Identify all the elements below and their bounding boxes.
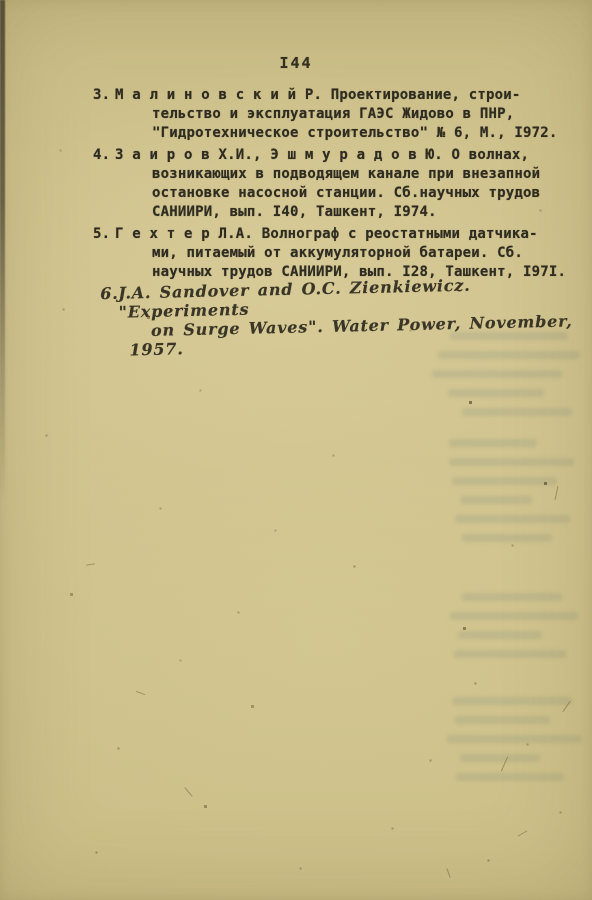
entry-number: 6. <box>100 284 119 303</box>
paper-fiber <box>86 563 95 566</box>
entry-number: 5. <box>93 225 110 244</box>
paper-fiber <box>562 701 570 712</box>
bibliography-entry-6-handwritten: 6. J.A. Sandover and O.C. Zienkiewicz. "… <box>0 273 592 362</box>
entry-line: Г е х т е р Л.А. Волнограф с реостатными… <box>115 225 592 244</box>
entry-line: САНИИРИ, вып. I40, Ташкент, I974. <box>152 203 592 222</box>
bibliography-list: 3. М а л и н о в с к и й Р. Проектирован… <box>0 86 592 364</box>
page-number: I44 <box>0 54 592 72</box>
scanned-document-page: I44 3. М а л и н о в с к и й Р. Проектир… <box>0 0 592 900</box>
bibliography-entry-5: 5. Г е х т е р Л.А. Волнограф с реостатн… <box>0 225 592 282</box>
paper-fiber <box>517 830 527 836</box>
paper-fiber <box>446 868 450 878</box>
paper-fiber <box>555 486 559 500</box>
entry-number: 3. <box>93 86 110 105</box>
paper-specks <box>0 0 1 1</box>
bibliography-entry-4: 4. З а и р о в Х.И., Э ш м у р а д о в Ю… <box>0 146 592 222</box>
entry-line: М а л и н о в с к и й Р. Проектирование,… <box>115 86 592 105</box>
ink-bleed-through <box>417 332 592 792</box>
paper-fiber <box>136 691 146 695</box>
entry-line: ми, питаемый от аккумуляторной батареи. … <box>152 244 592 263</box>
entry-number: 4. <box>93 146 110 165</box>
entry-line: З а и р о в Х.И., Э ш м у р а д о в Ю. О… <box>115 146 592 165</box>
paper-fiber <box>184 787 192 797</box>
entry-line: тельство и эксплуатация ГАЭС Жидово в ПН… <box>152 105 592 124</box>
entry-line: остановке насосной станции. Сб.научных т… <box>152 184 592 203</box>
entry-line: возникающих в подводящем канале при внез… <box>152 165 592 184</box>
entry-line: "Гидротехническое строительство" № 6, М.… <box>152 124 592 143</box>
bibliography-entry-3: 3. М а л и н о в с к и й Р. Проектирован… <box>0 86 592 143</box>
paper-fiber <box>501 756 508 771</box>
